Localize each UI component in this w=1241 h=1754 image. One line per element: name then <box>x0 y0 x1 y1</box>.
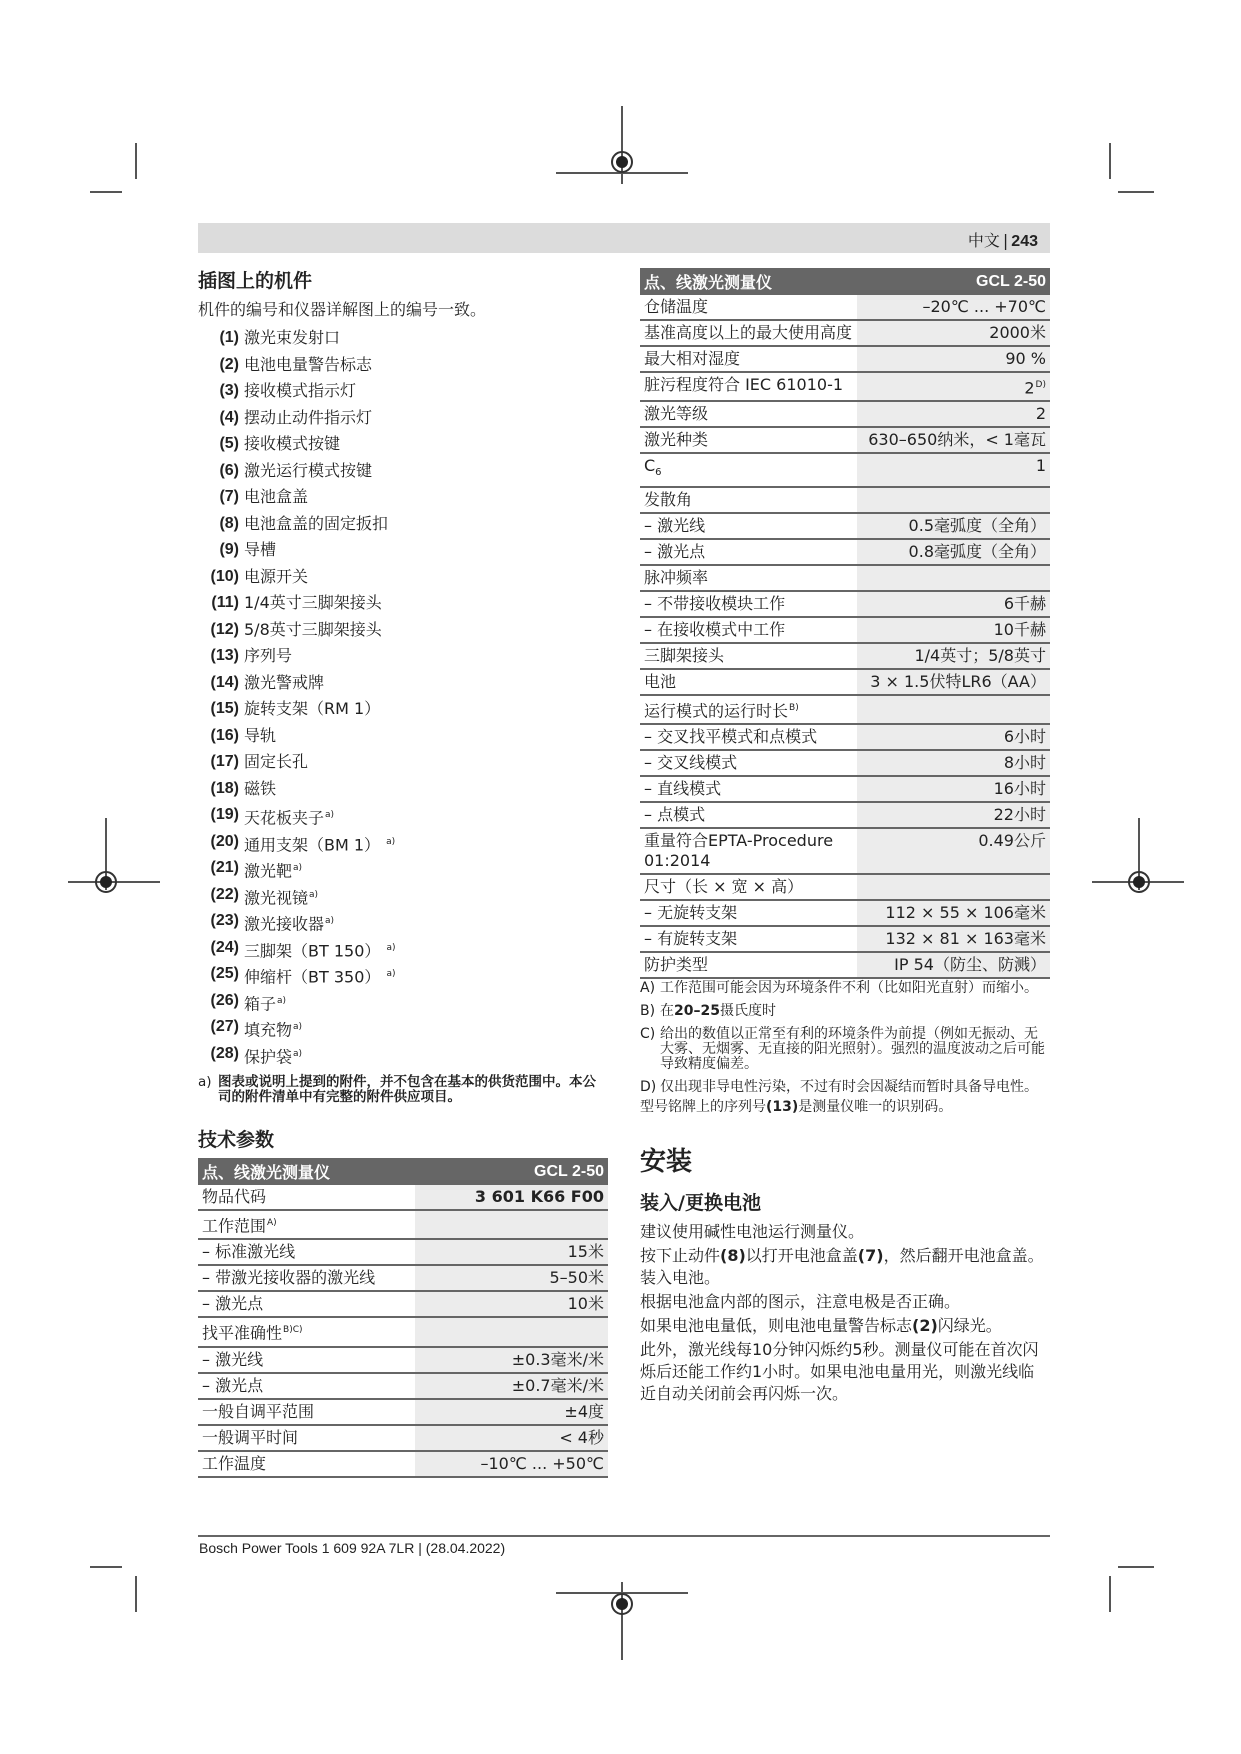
tech-title: 技术参数 <box>198 1125 608 1152</box>
install-paragraphs: 建议使用碱性电池运行测量仪。按下止动件(8)以打开电池盒盖(7)，然后翻开电池盒… <box>640 1221 1050 1405</box>
part-label: 导轨 <box>244 723 276 750</box>
part-number: (25) <box>198 961 244 988</box>
crop-mark <box>1118 1566 1154 1568</box>
part-item: (15)旋转支架（RM 1） <box>198 696 608 723</box>
part-item: (13)序列号 <box>198 643 608 670</box>
part-label: 保护袋a) <box>244 1041 302 1068</box>
registration-mark-icon <box>1128 871 1150 893</box>
spec-key: – 直线模式 <box>640 776 857 802</box>
spec-value <box>857 874 1050 900</box>
spec-value: 630–650纳米，< 1毫瓦 <box>857 427 1050 453</box>
install-paragraph: 此外，激光线每10分钟闪烁约5秒。测量仪可能在首次闪烁后还能工作约1小时。如果电… <box>640 1339 1050 1405</box>
spec-row: 一般自调平范围±4度 <box>198 1399 608 1425</box>
part-item: (1)激光束发射口 <box>198 325 608 352</box>
footnote-ref: a) <box>293 1049 302 1059</box>
part-number: (18) <box>198 776 244 803</box>
spec-value: 132 × 81 × 163毫米 <box>857 926 1050 952</box>
spec-key: – 激光线 <box>198 1347 415 1373</box>
spec-row: – 不带接收模块工作6千赫 <box>640 591 1050 617</box>
part-number: (22) <box>198 882 244 909</box>
spec-row: – 标准激光线15米 <box>198 1239 608 1265</box>
parts-intro: 机件的编号和仪器详解图上的编号一致。 <box>198 299 608 321</box>
part-number: (19) <box>198 802 244 829</box>
spec-key: 脏污程度符合 IEC 61010-1 <box>640 372 857 401</box>
spec-row: 仓储温度–20℃ ... +70℃ <box>640 295 1050 320</box>
spec-value: 5–50米 <box>415 1265 608 1291</box>
spec-key: 运行模式的运行时长B) <box>640 695 857 724</box>
part-item: (17)固定长孔 <box>198 749 608 776</box>
parts-footnote: a) 图表或说明上提到的附件，并不包含在基本的供货范围中。本公司的附件清单中有完… <box>198 1075 608 1105</box>
part-number: (28) <box>198 1041 244 1068</box>
spec-row: 物品代码3 601 K66 F00 <box>198 1185 608 1210</box>
left-column: 插图上的机件 机件的编号和仪器详解图上的编号一致。 (1)激光束发射口(2)电池… <box>198 262 608 1478</box>
spec-row: 电池3 × 1.5伏特LR6（AA） <box>640 669 1050 695</box>
install-paragraph: 按下止动件(8)以打开电池盒盖(7)，然后翻开电池盒盖。装入电池。 <box>640 1245 1050 1289</box>
table-header-product: 点、线激光测量仪 <box>198 1158 415 1185</box>
install-paragraph: 建议使用碱性电池运行测量仪。 <box>640 1221 1050 1243</box>
spec-value <box>415 1317 608 1346</box>
spec-row: – 交叉线模式8小时 <box>640 750 1050 776</box>
spec-key: – 激光线 <box>640 513 857 539</box>
part-label: 激光靶a) <box>244 855 302 882</box>
install-paragraph: 根据电池盒内部的图示，注意电极是否正确。 <box>640 1291 1050 1313</box>
part-label: 通用支架（BM 1） a) <box>244 829 395 856</box>
part-item: (11)1/4英寸三脚架接头 <box>198 590 608 617</box>
part-item: (12)5/8英寸三脚架接头 <box>198 617 608 644</box>
spec-value: 0.8毫弧度（全角） <box>857 539 1050 565</box>
footer-text: Bosch Power Tools 1 609 92A 7LR | (28.04… <box>199 1540 505 1556</box>
part-item: (7)电池盒盖 <box>198 484 608 511</box>
part-number: (13) <box>198 643 244 670</box>
spec-row: C61 <box>640 453 1050 486</box>
spec-value: ±0.3毫米/米 <box>415 1347 608 1373</box>
part-number: (6) <box>198 458 244 485</box>
spec-value <box>857 695 1050 724</box>
spec-key: 重量符合EPTA-Procedure 01:2014 <box>640 828 857 874</box>
spec-value: 16小时 <box>857 776 1050 802</box>
part-label: 激光警戒牌 <box>244 670 324 697</box>
part-item: (4)摆动止动件指示灯 <box>198 405 608 432</box>
spec-key: 电池 <box>640 669 857 695</box>
spec-row: – 直线模式16小时 <box>640 776 1050 802</box>
footnote-ref: a) <box>386 837 395 847</box>
part-label: 电源开关 <box>244 564 308 591</box>
spec-row: 三脚架接头1/4英寸；5/8英寸 <box>640 643 1050 669</box>
spec-row: – 激光线0.5毫弧度（全角） <box>640 513 1050 539</box>
spec-row: – 在接收模式中工作10千赫 <box>640 617 1050 643</box>
footnote-ref: a) <box>309 890 318 900</box>
part-number: (16) <box>198 723 244 750</box>
part-number: (15) <box>198 696 244 723</box>
parts-list: (1)激光束发射口(2)电池电量警告标志(3)接收模式指示灯(4)摆动止动件指示… <box>198 325 608 1067</box>
table-header-product: 点、线激光测量仪 <box>640 268 857 295</box>
spec-row: 工作温度–10℃ ... +50℃ <box>198 1451 608 1477</box>
spec-key: – 无旋转支架 <box>640 900 857 926</box>
spec-key: 最大相对湿度 <box>640 346 857 372</box>
part-number: (23) <box>198 908 244 935</box>
part-label: 激光束发射口 <box>244 325 340 352</box>
footnote-ref: a) <box>293 1022 302 1032</box>
spec-value: < 4秒 <box>415 1425 608 1451</box>
part-label: 电池电量警告标志 <box>244 352 372 379</box>
registration-mark-icon <box>611 151 633 173</box>
table-note: D)仅出现非导电性污染，不过有时会因凝结而暂时具备导电性。 <box>640 1080 1050 1095</box>
spec-row: – 激光点10米 <box>198 1291 608 1317</box>
footnote-ref: a) <box>386 969 395 979</box>
part-item: (26)箱子a) <box>198 988 608 1015</box>
spec-row: – 有旋转支架132 × 81 × 163毫米 <box>640 926 1050 952</box>
spec-key: 尺寸（长 × 宽 × 高） <box>640 874 857 900</box>
part-item: (9)导槽 <box>198 537 608 564</box>
spec-row: 重量符合EPTA-Procedure 01:20140.49公斤 <box>640 828 1050 874</box>
part-number: (14) <box>198 670 244 697</box>
serial-note: 型号铭牌上的序列号(13)是测量仪唯一的识别码。 <box>640 1099 1050 1115</box>
part-number: (26) <box>198 988 244 1015</box>
part-number: (2) <box>198 352 244 379</box>
spec-key: – 点模式 <box>640 802 857 828</box>
spec-row: – 激光点±0.7毫米/米 <box>198 1373 608 1399</box>
spec-key: – 激光点 <box>198 1291 415 1317</box>
spec-key: – 在接收模式中工作 <box>640 617 857 643</box>
part-number: (27) <box>198 1014 244 1041</box>
spec-key: – 带激光接收器的激光线 <box>198 1265 415 1291</box>
spec-row: 运行模式的运行时长B) <box>640 695 1050 724</box>
footnote-ref: a) <box>277 996 286 1006</box>
crop-mark <box>135 143 137 179</box>
spec-key: 仓储温度 <box>640 295 857 320</box>
part-label: 激光运行模式按键 <box>244 458 372 485</box>
part-label: 固定长孔 <box>244 749 308 776</box>
install-title: 安装 <box>640 1141 1050 1178</box>
spec-value: 2000米 <box>857 320 1050 346</box>
part-number: (5) <box>198 431 244 458</box>
spec-row: – 激光点0.8毫弧度（全角） <box>640 539 1050 565</box>
table-header-model: GCL 2-50 <box>857 268 1050 295</box>
spec-row: – 交叉找平模式和点模式6小时 <box>640 724 1050 750</box>
part-label: 接收模式按键 <box>244 431 340 458</box>
part-number: (11) <box>198 590 244 617</box>
spec-row: 一般调平时间< 4秒 <box>198 1425 608 1451</box>
part-number: (12) <box>198 617 244 644</box>
spec-row: 发散角 <box>640 487 1050 513</box>
part-item: (16)导轨 <box>198 723 608 750</box>
part-item: (8)电池盒盖的固定扳扣 <box>198 511 608 538</box>
spec-row: 脏污程度符合 IEC 61010-12D) <box>640 372 1050 401</box>
footnote-ref: a) <box>325 810 334 820</box>
spec-key: 发散角 <box>640 487 857 513</box>
spec-key: 激光等级 <box>640 401 857 427</box>
crop-mark <box>1109 143 1111 179</box>
table-note: C)给出的数值以正常至有利的环境条件为前提（例如无振动、无大雾、无烟雾、无直接的… <box>640 1027 1050 1072</box>
part-item: (23)激光接收器a) <box>198 908 608 935</box>
spec-value: 0.49公斤 <box>857 828 1050 874</box>
spec-key: 工作温度 <box>198 1451 415 1477</box>
spec-key: 一般调平时间 <box>198 1425 415 1451</box>
part-label: 激光视镜a) <box>244 882 318 909</box>
spec-value <box>415 1210 608 1239</box>
spec-value: IP 54（防尘、防溅） <box>857 952 1050 978</box>
crop-mark <box>1118 191 1154 193</box>
install-paragraph: 如果电池电量低，则电池电量警告标志(2)闪绿光。 <box>640 1315 1050 1337</box>
spec-key: 防护类型 <box>640 952 857 978</box>
spec-value <box>857 487 1050 513</box>
battery-subtitle: 装入/更换电池 <box>640 1188 1050 1215</box>
crop-mark <box>135 1576 137 1612</box>
part-label: 磁铁 <box>244 776 276 803</box>
parts-title: 插图上的机件 <box>198 266 608 293</box>
spec-value: 8小时 <box>857 750 1050 776</box>
registration-mark-icon <box>95 871 117 893</box>
spec-value: 3 × 1.5伏特LR6（AA） <box>857 669 1050 695</box>
page-number: 中文|243 <box>968 228 1038 251</box>
part-item: (14)激光警戒牌 <box>198 670 608 697</box>
spec-value: 3 601 K66 F00 <box>415 1185 608 1210</box>
part-number: (4) <box>198 405 244 432</box>
spec-value: 112 × 55 × 106毫米 <box>857 900 1050 926</box>
right-column: 点、线激光测量仪 GCL 2-50 仓储温度–20℃ ... +70℃基准高度以… <box>640 268 1050 1407</box>
spec-table-left: 点、线激光测量仪 GCL 2-50 物品代码3 601 K66 F00工作范围A… <box>198 1158 608 1478</box>
part-label: 摆动止动件指示灯 <box>244 405 372 432</box>
part-number: (7) <box>198 484 244 511</box>
part-item: (27)填充物a) <box>198 1014 608 1041</box>
part-item: (19)天花板夹子a) <box>198 802 608 829</box>
page-header: 中文|243 <box>198 223 1050 253</box>
part-number: (3) <box>198 378 244 405</box>
spec-key: – 标准激光线 <box>198 1239 415 1265</box>
spec-key: C6 <box>640 453 857 486</box>
part-item: (21)激光靶a) <box>198 855 608 882</box>
spec-key: – 有旋转支架 <box>640 926 857 952</box>
spec-key: 基准高度以上的最大使用高度 <box>640 320 857 346</box>
spec-key: 物品代码 <box>198 1185 415 1210</box>
spec-key: – 不带接收模块工作 <box>640 591 857 617</box>
spec-key: – 激光点 <box>198 1373 415 1399</box>
spec-value: –10℃ ... +50℃ <box>415 1451 608 1477</box>
footnote-ref: a) <box>325 916 334 926</box>
spec-row: 找平准确性B)C) <box>198 1317 608 1346</box>
part-label: 1/4英寸三脚架接头 <box>244 590 382 617</box>
part-label: 电池盒盖的固定扳扣 <box>244 511 388 538</box>
part-label: 导槽 <box>244 537 276 564</box>
spec-key: 脉冲频率 <box>640 565 857 591</box>
spec-value: 0.5毫弧度（全角） <box>857 513 1050 539</box>
footer-divider <box>198 1535 1050 1537</box>
spec-value: 22小时 <box>857 802 1050 828</box>
part-number: (8) <box>198 511 244 538</box>
crop-mark <box>90 1566 122 1568</box>
part-label: 激光接收器a) <box>244 908 334 935</box>
spec-value: 1 <box>857 453 1050 486</box>
registration-mark-icon <box>611 1593 633 1615</box>
part-number: (21) <box>198 855 244 882</box>
spec-row: – 点模式22小时 <box>640 802 1050 828</box>
part-item: (18)磁铁 <box>198 776 608 803</box>
part-item: (20)通用支架（BM 1） a) <box>198 829 608 856</box>
spec-row: 工作范围A) <box>198 1210 608 1239</box>
spec-value: 6小时 <box>857 724 1050 750</box>
spec-row: 尺寸（长 × 宽 × 高） <box>640 874 1050 900</box>
spec-key: – 交叉线模式 <box>640 750 857 776</box>
part-number: (17) <box>198 749 244 776</box>
spec-value: –20℃ ... +70℃ <box>857 295 1050 320</box>
table-note: B)在20–25摄氏度时 <box>640 1004 1050 1019</box>
part-label: 接收模式指示灯 <box>244 378 356 405</box>
spec-key: 找平准确性B)C) <box>198 1317 415 1346</box>
part-item: (24)三脚架（BT 150） a) <box>198 935 608 962</box>
table-notes: A)工作范围可能会因为环境条件不利（比如阳光直射）而缩小。B)在20–25摄氏度… <box>640 981 1050 1095</box>
spec-row: 激光等级2 <box>640 401 1050 427</box>
spec-key: – 交叉找平模式和点模式 <box>640 724 857 750</box>
spec-value: 15米 <box>415 1239 608 1265</box>
spec-row: 脉冲频率 <box>640 565 1050 591</box>
table-note: A)工作范围可能会因为环境条件不利（比如阳光直射）而缩小。 <box>640 981 1050 996</box>
part-label: 填充物a) <box>244 1014 302 1041</box>
spec-value: 1/4英寸；5/8英寸 <box>857 643 1050 669</box>
part-number: (24) <box>198 935 244 962</box>
part-label: 伸缩杆（BT 350） a) <box>244 961 396 988</box>
table-header-model: GCL 2-50 <box>415 1158 608 1185</box>
part-label: 电池盒盖 <box>244 484 308 511</box>
spec-key: – 激光点 <box>640 539 857 565</box>
spec-value: 10千赫 <box>857 617 1050 643</box>
spec-row: 最大相对湿度90 % <box>640 346 1050 372</box>
crop-mark <box>1109 1576 1111 1612</box>
part-item: (25)伸缩杆（BT 350） a) <box>198 961 608 988</box>
spec-key: 三脚架接头 <box>640 643 857 669</box>
spec-value: 10米 <box>415 1291 608 1317</box>
spec-key: 工作范围A) <box>198 1210 415 1239</box>
part-number: (1) <box>198 325 244 352</box>
part-item: (6)激光运行模式按键 <box>198 458 608 485</box>
part-label: 5/8英寸三脚架接头 <box>244 617 382 644</box>
part-item: (28)保护袋a) <box>198 1041 608 1068</box>
spec-value: 2 <box>857 401 1050 427</box>
part-label: 天花板夹子a) <box>244 802 334 829</box>
spec-table-right: 点、线激光测量仪 GCL 2-50 仓储温度–20℃ ... +70℃基准高度以… <box>640 268 1050 979</box>
spec-value: 6千赫 <box>857 591 1050 617</box>
part-number: (9) <box>198 537 244 564</box>
spec-value: ±0.7毫米/米 <box>415 1373 608 1399</box>
spec-value <box>857 565 1050 591</box>
spec-row: – 激光线±0.3毫米/米 <box>198 1347 608 1373</box>
spec-row: – 无旋转支架112 × 55 × 106毫米 <box>640 900 1050 926</box>
part-item: (10)电源开关 <box>198 564 608 591</box>
part-item: (5)接收模式按键 <box>198 431 608 458</box>
spec-key: 一般自调平范围 <box>198 1399 415 1425</box>
part-label: 箱子a) <box>244 988 286 1015</box>
spec-row: 防护类型IP 54（防尘、防溅） <box>640 952 1050 978</box>
part-label: 序列号 <box>244 643 292 670</box>
part-item: (2)电池电量警告标志 <box>198 352 608 379</box>
spec-row: – 带激光接收器的激光线5–50米 <box>198 1265 608 1291</box>
spec-row: 基准高度以上的最大使用高度2000米 <box>640 320 1050 346</box>
spec-key: 激光种类 <box>640 427 857 453</box>
crop-mark <box>90 191 122 193</box>
part-number: (10) <box>198 564 244 591</box>
footnote-ref: a) <box>386 943 395 953</box>
spec-value: 90 % <box>857 346 1050 372</box>
footnote-ref: a) <box>293 863 302 873</box>
spec-value: 2D) <box>857 372 1050 401</box>
part-label: 三脚架（BT 150） a) <box>244 935 396 962</box>
part-label: 旋转支架（RM 1） <box>244 696 380 723</box>
spec-row: 激光种类630–650纳米，< 1毫瓦 <box>640 427 1050 453</box>
part-item: (3)接收模式指示灯 <box>198 378 608 405</box>
part-number: (20) <box>198 829 244 856</box>
spec-value: ±4度 <box>415 1399 608 1425</box>
part-item: (22)激光视镜a) <box>198 882 608 909</box>
